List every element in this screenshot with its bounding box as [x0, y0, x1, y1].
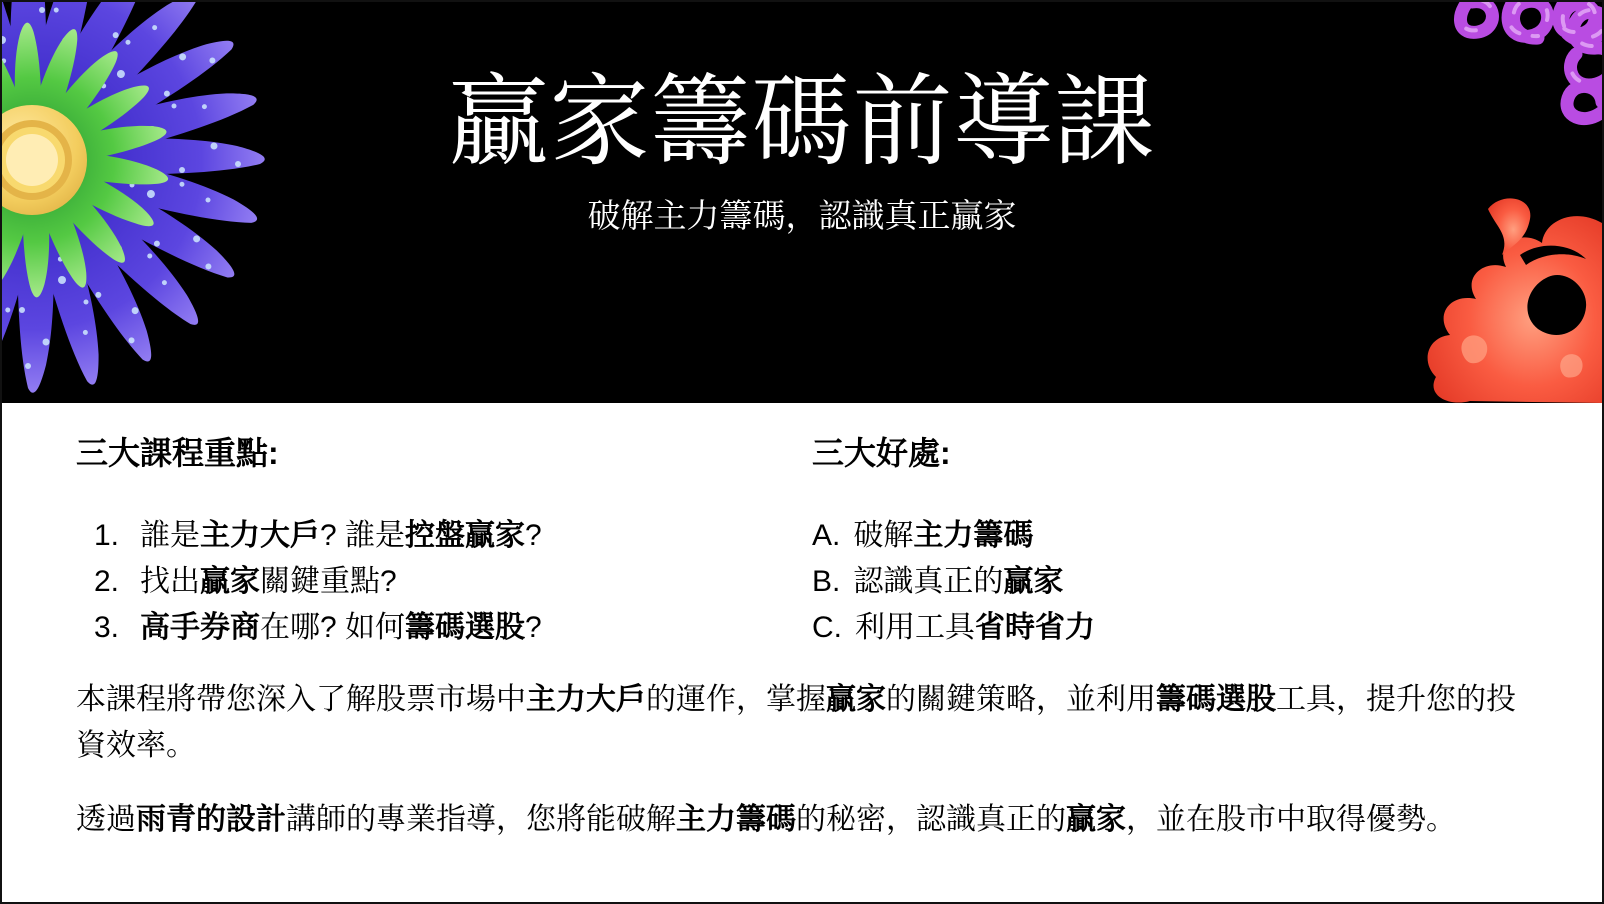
course-highlights-list: 1. 誰是主力大戶? 誰是控盤贏家? 2. 找出贏家關鍵重點? 3. 高手券商在… [76, 513, 802, 651]
page-subtitle: 破解主力籌碼，認識真正贏家 [2, 195, 1602, 236]
page-title: 贏家籌碼前導課 [2, 2, 1602, 181]
benefits-section: 三大好處: A. 破解主力籌碼 B. 認識真正的贏家 C. 利用工具省時省力 [802, 431, 1528, 651]
list-item-marker: 3. [94, 605, 124, 651]
course-description-paragraph: 本課程將帶您深入了解股票市場中主力大戶的運作，掌握贏家的關鍵策略，並利用籌碼選股… [76, 677, 1528, 769]
list-item-text: 認識真正的贏家 [853, 559, 1063, 605]
instructor-paragraph: 透過雨青的設計講師的專業指導，您將能破解主力籌碼的秘密，認識真正的贏家，並在股市… [76, 797, 1528, 843]
list-item-text: 找出贏家關鍵重點? [140, 559, 397, 605]
hero-header: 贏家籌碼前導課 破解主力籌碼，認識真正贏家 [2, 2, 1602, 403]
two-column-section: 三大課程重點: 1. 誰是主力大戶? 誰是控盤贏家? 2. 找出贏家關鍵重點? … [76, 431, 1528, 651]
list-item: 3. 高手券商在哪? 如何籌碼選股? [94, 605, 802, 651]
list-item-marker: 1. [94, 513, 124, 559]
list-item-text: 破解主力籌碼 [853, 513, 1033, 559]
list-item-text: 利用工具省時省力 [855, 605, 1095, 651]
course-highlights-heading: 三大課程重點: [76, 431, 802, 475]
list-item-marker: B. [812, 559, 840, 605]
list-item-marker: A. [812, 513, 840, 559]
benefits-list: A. 破解主力籌碼 B. 認識真正的贏家 C. 利用工具省時省力 [812, 513, 1528, 651]
list-item: 2. 找出贏家關鍵重點? [94, 559, 802, 605]
list-item: C. 利用工具省時省力 [812, 605, 1528, 651]
list-item-marker: C. [812, 605, 842, 651]
list-item: B. 認識真正的贏家 [812, 559, 1528, 605]
course-intro-slide: 贏家籌碼前導課 破解主力籌碼，認識真正贏家 三大課程重點: 1. 誰是主力大戶?… [0, 0, 1604, 904]
list-item-text: 高手券商在哪? 如何籌碼選股? [140, 605, 542, 651]
list-item: A. 破解主力籌碼 [812, 513, 1528, 559]
content-area: 三大課程重點: 1. 誰是主力大戶? 誰是控盤贏家? 2. 找出贏家關鍵重點? … [2, 403, 1602, 843]
list-item: 1. 誰是主力大戶? 誰是控盤贏家? [94, 513, 802, 559]
benefits-heading: 三大好處: [812, 431, 1528, 475]
list-item-marker: 2. [94, 559, 124, 605]
course-highlights-section: 三大課程重點: 1. 誰是主力大戶? 誰是控盤贏家? 2. 找出贏家關鍵重點? … [76, 431, 802, 651]
list-item-text: 誰是主力大戶? 誰是控盤贏家? [140, 513, 542, 559]
